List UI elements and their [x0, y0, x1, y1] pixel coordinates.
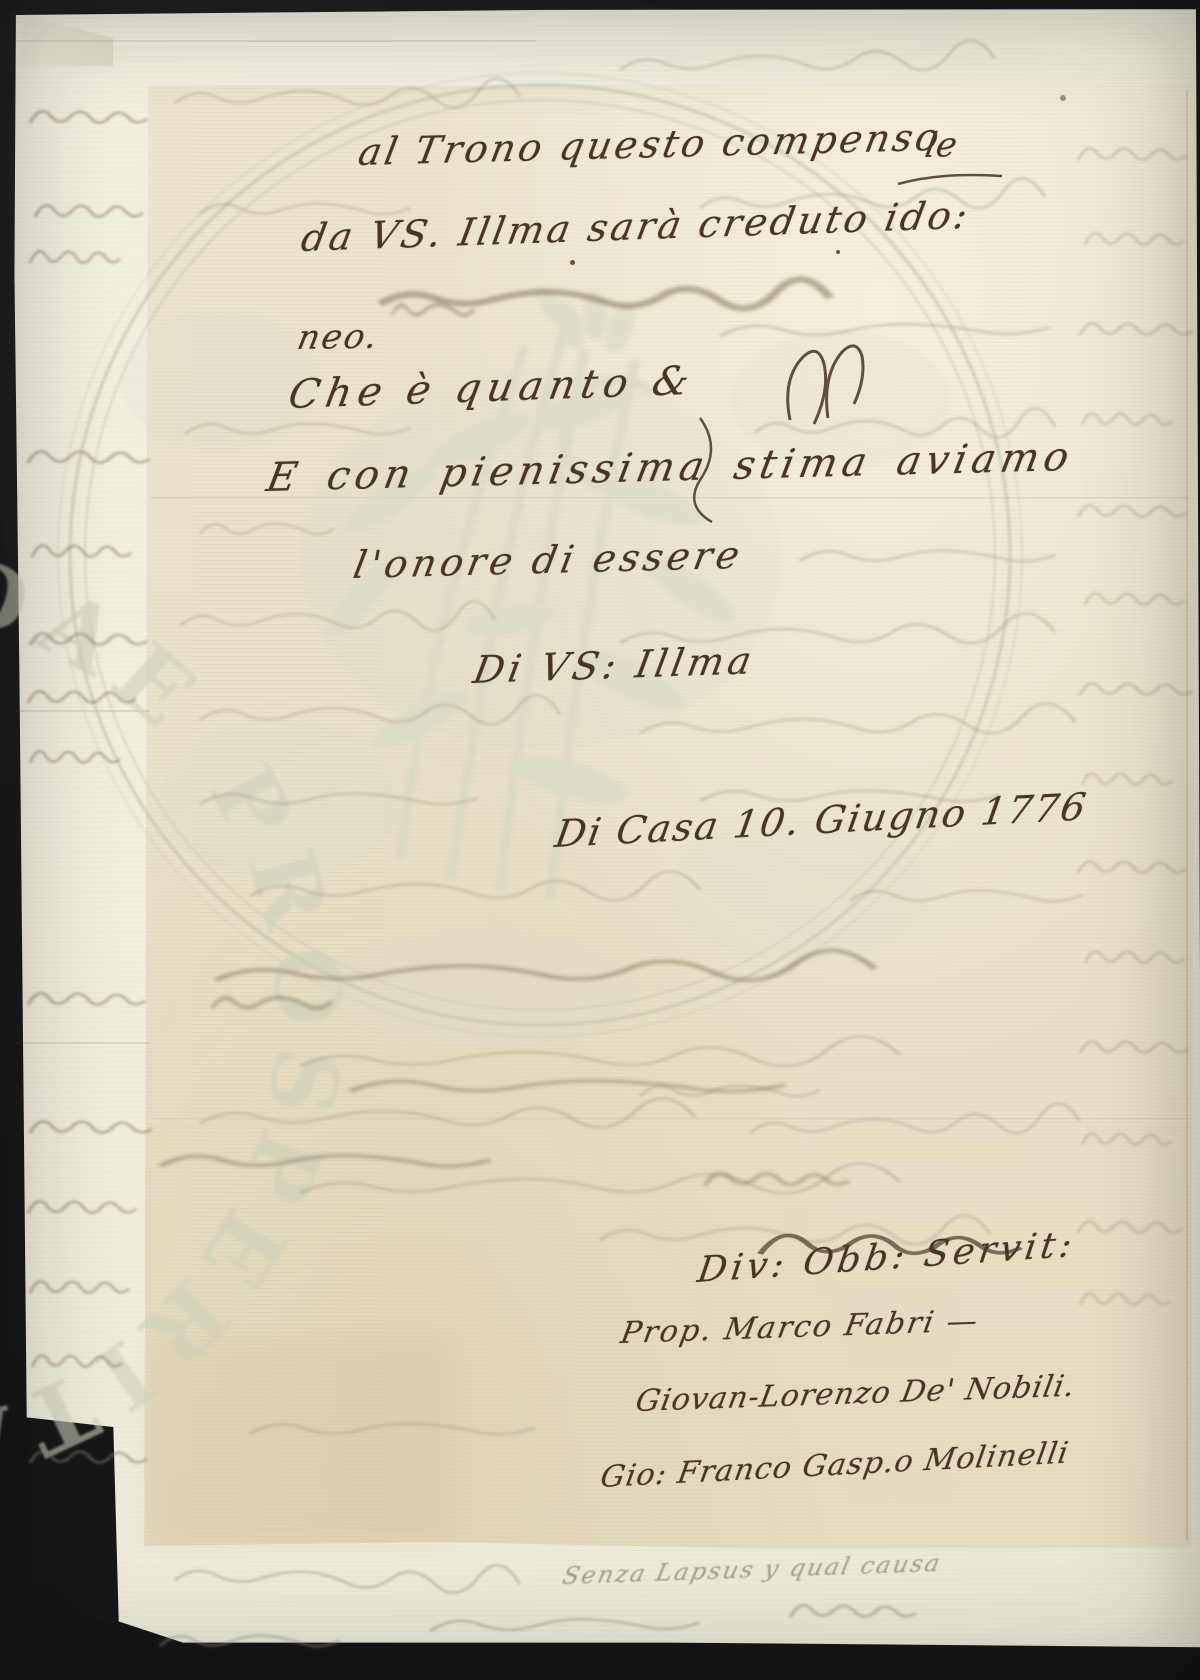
manuscript-photo: PROSPERITATI PVBLICAE AVGENDAE — [0, 0, 1200, 1680]
ink-speck — [836, 250, 840, 254]
ink-speck — [1060, 95, 1066, 101]
ink-speck — [570, 260, 575, 265]
manuscript-line-3: neo. — [294, 317, 383, 358]
paper-stain — [150, 1340, 450, 1545]
